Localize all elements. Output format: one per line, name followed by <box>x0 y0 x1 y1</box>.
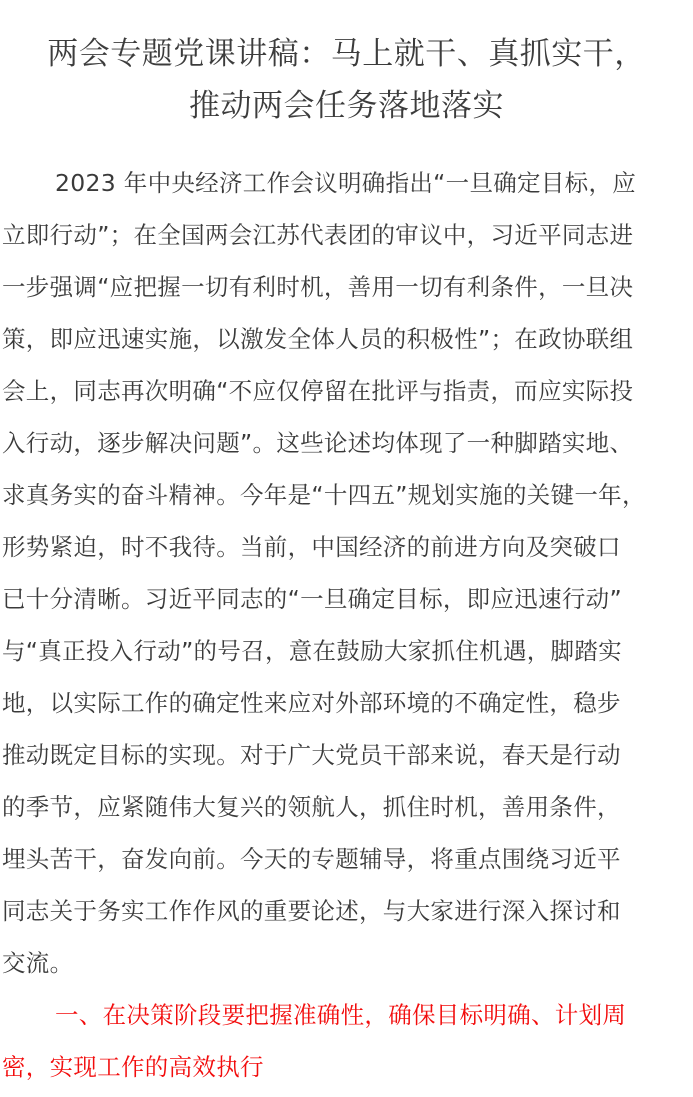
paragraph-line: 与“真正投入行动”的号召，意在鼓励大家抓住机遇，脚踏实 <box>2 625 693 677</box>
paragraph-line: 的季节，应紧随伟大复兴的领航人，抓住时机，善用条件， <box>2 781 693 833</box>
paragraph-line: 策，即应迅速实施，以激发全体人员的积极性”；在政协联组 <box>2 313 693 365</box>
paragraph-line: 形势紧迫，时不我待。当前，中国经济的前进方向及突破口 <box>2 521 693 573</box>
paragraph-line: 交流。 <box>2 937 693 989</box>
paragraph-line: 地，以实际工作的确定性来应对外部环境的不确定性，稳步 <box>2 677 693 729</box>
paragraph-line: 立即行动”；在全国两会江苏代表团的审议中，习近平同志进 <box>2 209 693 261</box>
paragraph-line: 埋头苦干，奋发向前。今天的专题辅导，将重点围绕习近平 <box>2 833 693 885</box>
article-title-line-1: 两会专题党课讲稿：马上就干、真抓实干， <box>0 28 693 80</box>
paragraph-line: 推动既定目标的实现。对于广大党员干部来说，春天是行动 <box>2 729 693 781</box>
section-heading-line: 一、在决策阶段要把握准确性，确保目标明确、计划周 <box>2 989 693 1041</box>
paragraph-line: 一步强调“应把握一切有利时机，善用一切有利条件，一旦决 <box>2 261 693 313</box>
article-title-line-2: 推动两会任务落地落实 <box>0 80 693 132</box>
article-title: 两会专题党课讲稿：马上就干、真抓实干， 推动两会任务落地落实 <box>0 28 693 132</box>
paragraph-line: 会上，同志再次明确“不应仅停留在批评与指责，而应实际投 <box>2 365 693 417</box>
article-body: 2023 年中央经济工作会议明确指出“一旦确定目标，应 立即行动”；在全国两会江… <box>2 157 693 1093</box>
paragraph-line: 入行动，逐步解决问题”。这些论述均体现了一种脚踏实地、 <box>2 417 693 469</box>
section-heading-line: 密，实现工作的高效执行 <box>2 1041 693 1093</box>
intro-paragraph: 2023 年中央经济工作会议明确指出“一旦确定目标，应 立即行动”；在全国两会江… <box>2 157 693 989</box>
paragraph-line: 2023 年中央经济工作会议明确指出“一旦确定目标，应 <box>2 157 693 209</box>
section-heading-1: 一、在决策阶段要把握准确性，确保目标明确、计划周 密，实现工作的高效执行 <box>2 989 693 1093</box>
paragraph-line: 同志关于务实工作作风的重要论述，与大家进行深入探讨和 <box>2 885 693 937</box>
paragraph-line: 已十分清晰。习近平同志的“一旦确定目标，即应迅速行动” <box>2 573 693 625</box>
paragraph-line: 求真务实的奋斗精神。今年是“十四五”规划实施的关键一年， <box>2 469 693 521</box>
